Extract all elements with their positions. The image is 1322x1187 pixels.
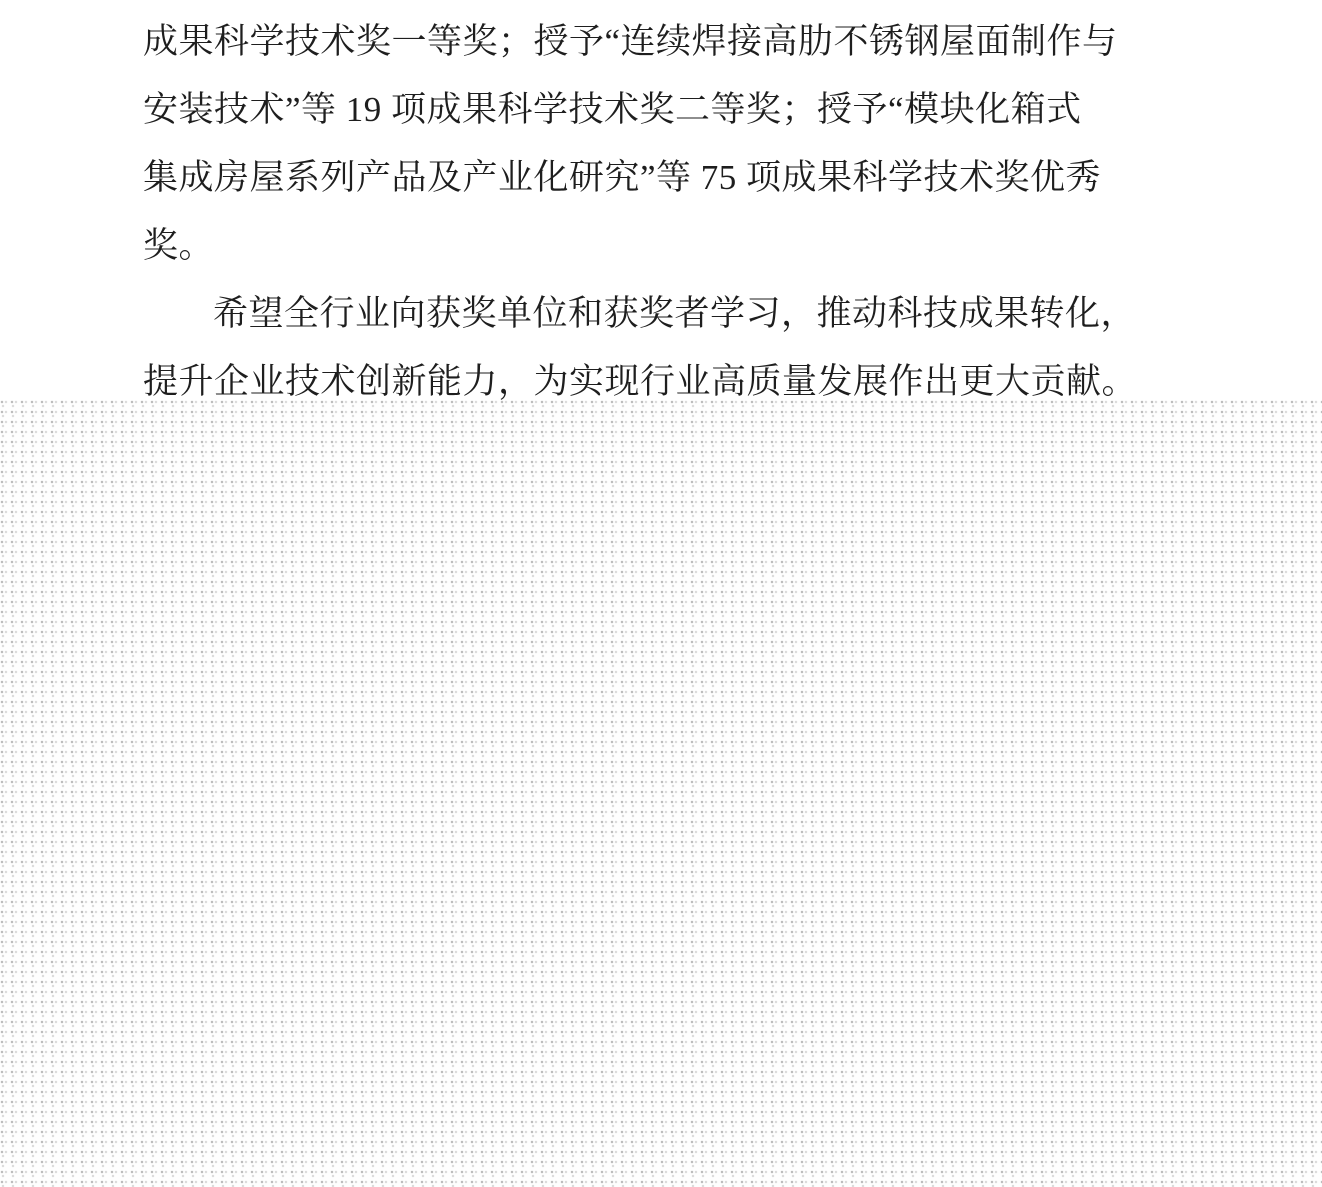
app-canvas: { "document": { "paragraphs": [ { "text"… [0, 0, 1322, 1187]
page-end-dotted-background [0, 400, 1322, 1187]
document-text-block: 成果科学技术奖一等奖；授予“连续焊接高肋不锈钢屋面制作与 安装技术”等 19 项… [143, 8, 1140, 416]
document-page: 成果科学技术奖一等奖；授予“连续焊接高肋不锈钢屋面制作与 安装技术”等 19 项… [0, 0, 1322, 400]
document-viewer: 成果科学技术奖一等奖；授予“连续焊接高肋不锈钢屋面制作与 安装技术”等 19 项… [0, 0, 1322, 1187]
paragraph-award-results: 成果科学技术奖一等奖；授予“连续焊接高肋不锈钢屋面制作与 安装技术”等 19 项… [143, 8, 1140, 280]
paragraph-closing-remarks: 希望全行业向获奖单位和获奖者学习，推动科技成果转化， 提升企业技术创新能力，为实… [143, 280, 1140, 416]
